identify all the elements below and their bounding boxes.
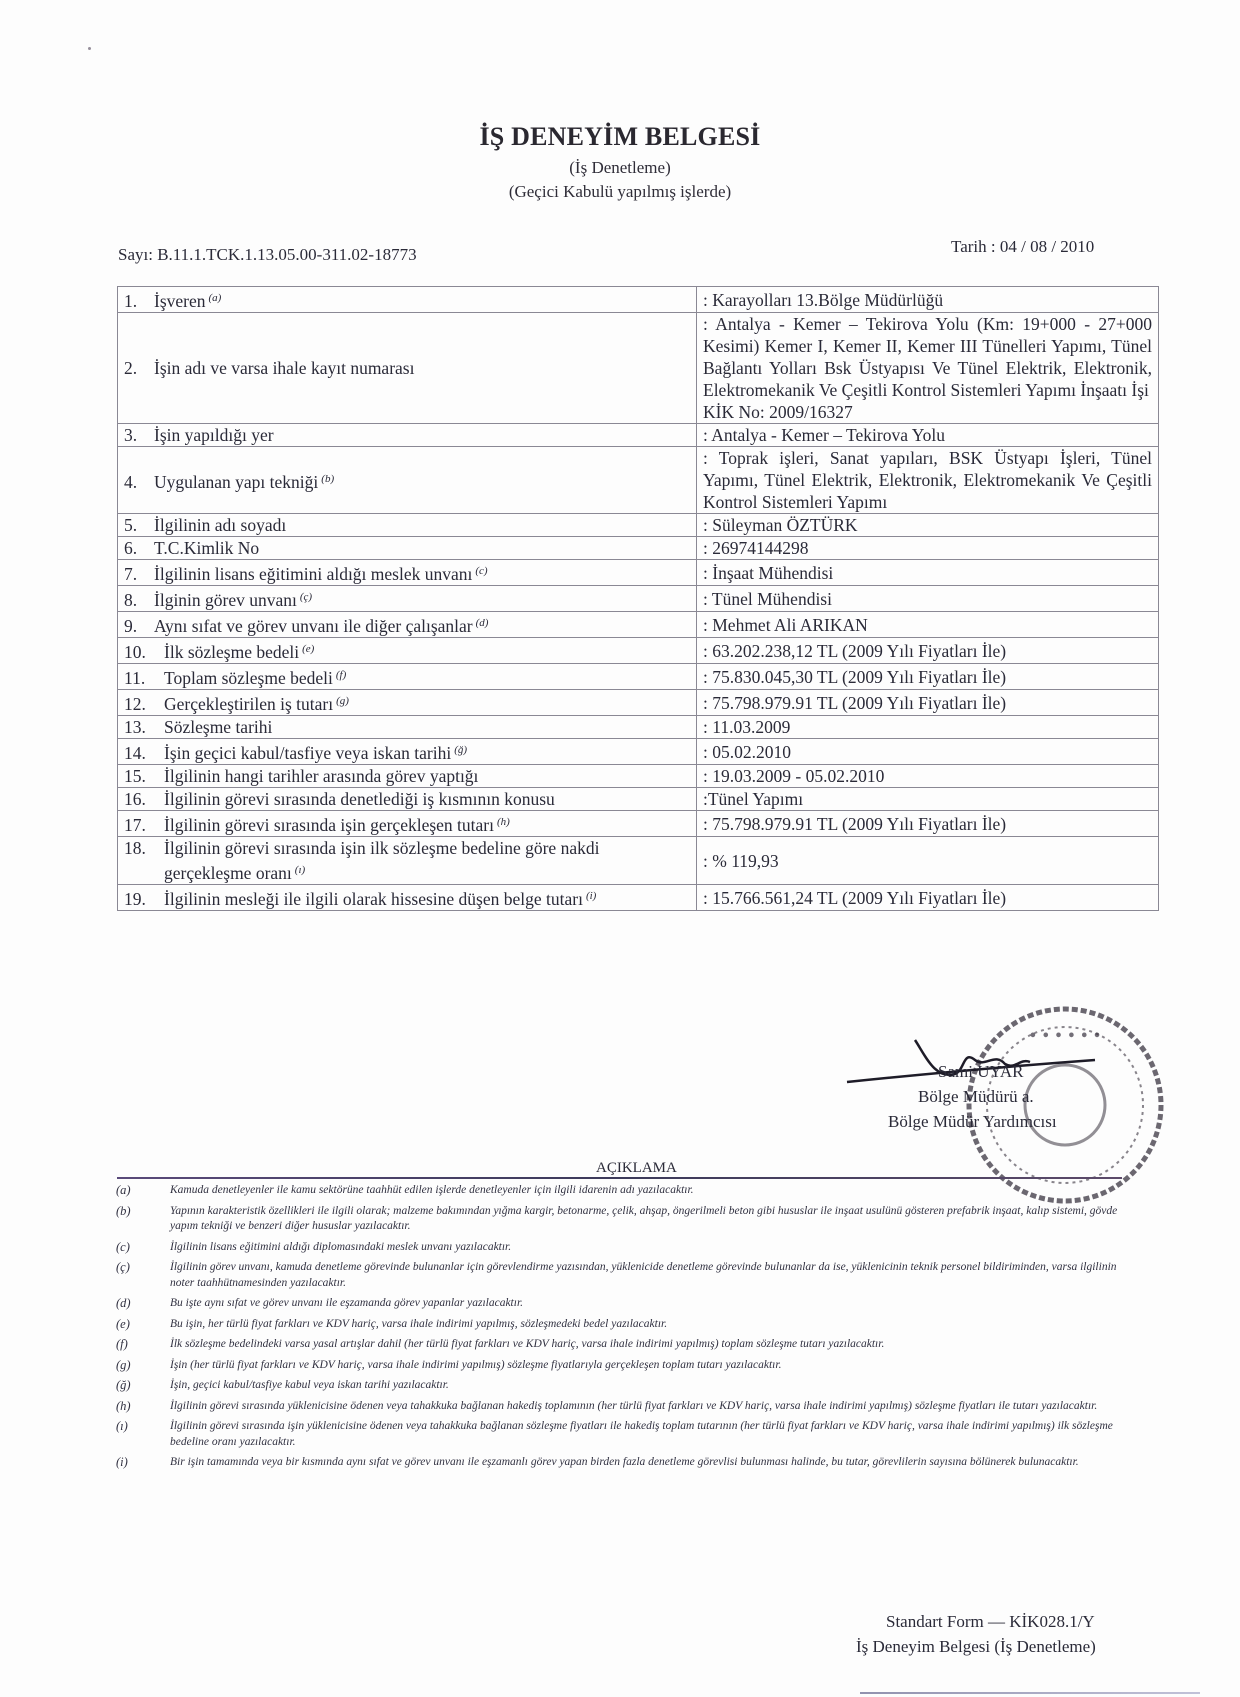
- row-number: 18.: [124, 837, 164, 859]
- row-number: 3.: [124, 424, 154, 446]
- row-number: 8.: [124, 589, 154, 611]
- row-label: Uygulanan yapı tekniği: [154, 472, 318, 492]
- table-row: 15.İlgilinin hangi tarihler arasında gör…: [118, 765, 1159, 788]
- table-row: 18.İlgilinin görevi sırasında işin ilk s…: [118, 837, 1159, 885]
- note-item: (ı)İlgilinin görevi sırasında işin yükle…: [112, 1419, 1132, 1450]
- row-label: İşveren: [154, 291, 206, 311]
- row-label-cell: 9.Aynı sıfat ve görev unvanı ile diğer ç…: [118, 612, 697, 638]
- row-value: : 11.03.2009: [703, 716, 1152, 738]
- row-value: : 05.02.2010: [703, 741, 1152, 763]
- note-item: (f)İlk sözleşme bedelindeki varsa yasal …: [112, 1337, 1132, 1353]
- note-text: İlgilinin görevi sırasında yüklenicisine…: [170, 1399, 1132, 1415]
- row-value-cell: : Antalya - Kemer – Tekirova Yolu: [697, 424, 1159, 447]
- document-subtitle-2: (Geçici Kabulü yapılmış işlerde): [0, 182, 1240, 202]
- note-key: (f): [112, 1337, 170, 1353]
- row-label: İlginin görev unvanı: [154, 590, 297, 610]
- note-key: (ı): [112, 1419, 170, 1450]
- row-label-cell: 7.İlgilinin lisans eğitimini aldığı mesl…: [118, 560, 697, 586]
- row-value: : Süleyman ÖZTÜRK: [703, 514, 1152, 536]
- footnote-marker: (ç): [300, 591, 312, 603]
- table-row: 6.T.C.Kimlik No: 26974144298: [118, 537, 1159, 560]
- document-subtitle: (İş Denetleme): [0, 158, 1240, 178]
- row-value-cell: :Tünel Yapımı: [697, 788, 1159, 811]
- row-value: : Toprak işleri, Sanat yapıları, BSK Üst…: [703, 447, 1152, 513]
- notes-heading: AÇIKLAMA: [596, 1160, 677, 1177]
- note-text: İlgilinin görevi sırasında işin yüklenic…: [170, 1419, 1132, 1450]
- row-value-cell: : 75.798.979.91 TL (2009 Yılı Fiyatları …: [697, 811, 1159, 837]
- row-value: : 26974144298: [703, 537, 1152, 559]
- table-row: 8.İlginin görev unvanı(ç): Tünel Mühendi…: [118, 586, 1159, 612]
- footnote-marker: (i): [586, 890, 596, 902]
- row-label: İlgilinin hangi tarihler arasında görev …: [164, 766, 478, 786]
- row-number: 12.: [124, 693, 164, 715]
- row-number: 17.: [124, 814, 164, 836]
- row-label-cell: 8.İlginin görev unvanı(ç): [118, 586, 697, 612]
- note-key: (a): [112, 1183, 170, 1199]
- row-label-cell: 2.İşin adı ve varsa ihale kayıt numarası: [118, 313, 697, 424]
- row-label: İlgilinin mesleği ile ilgili olarak hiss…: [164, 889, 583, 909]
- row-number: 9.: [124, 615, 154, 637]
- note-text: İşin (her türlü fiyat farkları ve KDV ha…: [170, 1358, 1132, 1374]
- row-label-cell: 6.T.C.Kimlik No: [118, 537, 697, 560]
- row-label-cell: 1.İşveren(a): [118, 287, 697, 313]
- signer-role: Bölge Müdür Yardımcısı: [888, 1112, 1057, 1132]
- footnote-marker: (b): [321, 473, 334, 485]
- row-value: : 75.830.045,30 TL (2009 Yılı Fiyatları …: [703, 666, 1152, 688]
- row-number: 6.: [124, 537, 154, 559]
- note-key: (i): [112, 1455, 170, 1471]
- row-number: 15.: [124, 765, 164, 787]
- signer-title: Bölge Müdürü a.: [918, 1087, 1034, 1107]
- table-row: 12.Gerçekleştirilen iş tutarı(g): 75.798…: [118, 690, 1159, 716]
- row-value: : Tünel Mühendisi: [703, 588, 1152, 610]
- table-row: 5.İlgilinin adı soyadı: Süleyman ÖZTÜRK: [118, 514, 1159, 537]
- row-value-cell: : % 119,93: [697, 837, 1159, 885]
- note-key: (c): [112, 1240, 170, 1256]
- row-label: İlgilinin adı soyadı: [154, 515, 286, 535]
- row-value-cell: : Tünel Mühendisi: [697, 586, 1159, 612]
- note-item: (e)Bu işin, her türlü fiyat farkları ve …: [112, 1317, 1132, 1333]
- row-label-cell: 4.Uygulanan yapı tekniği(b): [118, 447, 697, 514]
- table-row: 17.İlgilinin görevi sırasında işin gerçe…: [118, 811, 1159, 837]
- row-label-cell: 15.İlgilinin hangi tarihler arasında gör…: [118, 765, 697, 788]
- row-value-cell: : Süleyman ÖZTÜRK: [697, 514, 1159, 537]
- form-name: İş Deneyim Belgesi (İş Denetleme): [856, 1637, 1096, 1657]
- row-number: 11.: [124, 667, 164, 689]
- row-label: Toplam sözleşme bedeli: [164, 668, 333, 688]
- row-value: :Tünel Yapımı: [703, 788, 1152, 810]
- row-number: 4.: [124, 471, 154, 493]
- document-page: İŞ DENEYİM BELGESİ (İş Denetleme) (Geçic…: [0, 0, 1240, 1697]
- row-value-cell: : Mehmet Ali ARIKAN: [697, 612, 1159, 638]
- row-label-cell: 5.İlgilinin adı soyadı: [118, 514, 697, 537]
- row-label-cell: 16.İlgilinin görevi sırasında denetlediğ…: [118, 788, 697, 811]
- row-value-cell: : Karayolları 13.Bölge Müdürlüğü: [697, 287, 1159, 313]
- note-item: (i)Bir işin tamamında veya bir kısmında …: [112, 1455, 1132, 1471]
- notes-list: (a)Kamuda denetleyenler ile kamu sektörü…: [112, 1183, 1132, 1476]
- signer-name: Sami UYAR: [938, 1062, 1023, 1082]
- note-text: İlk sözleşme bedelindeki varsa yasal art…: [170, 1337, 1132, 1353]
- row-label-cell: 14.İşin geçici kabul/tasfiye veya iskan …: [118, 739, 697, 765]
- row-number: 16.: [124, 788, 164, 810]
- note-text: İlgilinin lisans eğitimini aldığı diplom…: [170, 1240, 1132, 1256]
- row-value-cell: : 19.03.2009 - 05.02.2010: [697, 765, 1159, 788]
- table-row: 19.İlgilinin mesleği ile ilgili olarak h…: [118, 885, 1159, 911]
- row-label: İlk sözleşme bedeli: [164, 642, 299, 662]
- footnote-marker: (ğ): [454, 744, 467, 756]
- row-value-cell: : 15.766.561,24 TL (2009 Yılı Fiyatları …: [697, 885, 1159, 911]
- row-number: 7.: [124, 563, 154, 585]
- note-key: (d): [112, 1296, 170, 1312]
- notes-divider: [117, 1177, 1122, 1179]
- table-row: 1.İşveren(a): Karayolları 13.Bölge Müdür…: [118, 287, 1159, 313]
- row-label: Aynı sıfat ve görev unvanı ile diğer çal…: [154, 616, 473, 636]
- scan-speck: [88, 47, 91, 50]
- footnote-marker: (g): [336, 695, 349, 707]
- row-label: İlgilinin görevi sırasında denetlediği i…: [164, 789, 555, 809]
- footnote-marker: (ı): [295, 864, 305, 876]
- row-label-cell: 13.Sözleşme tarihi: [118, 716, 697, 739]
- row-label-cell: 3.İşin yapıldığı yer: [118, 424, 697, 447]
- note-item: (c)İlgilinin lisans eğitimini aldığı dip…: [112, 1240, 1132, 1256]
- note-item: (d)Bu işte aynı sıfat ve görev unvanı il…: [112, 1296, 1132, 1312]
- row-label: İlgilinin lisans eğitimini aldığı meslek…: [154, 564, 472, 584]
- table-row: 11.Toplam sözleşme bedeli(f): 75.830.045…: [118, 664, 1159, 690]
- table-row: 7.İlgilinin lisans eğitimini aldığı mesl…: [118, 560, 1159, 586]
- row-number: 10.: [124, 641, 164, 663]
- row-value: : % 119,93: [703, 850, 1152, 872]
- row-value-cell: : 11.03.2009: [697, 716, 1159, 739]
- note-item: (h)İlgilinin görevi sırasında yüklenicis…: [112, 1399, 1132, 1415]
- table-row: 2.İşin adı ve varsa ihale kayıt numarası…: [118, 313, 1159, 424]
- row-value: : Karayolları 13.Bölge Müdürlüğü: [703, 289, 1152, 311]
- row-value-cell: : 63.202.238,12 TL (2009 Yılı Fiyatları …: [697, 638, 1159, 664]
- note-text: Bu işte aynı sıfat ve görev unvanı ile e…: [170, 1296, 1132, 1312]
- note-text: İşin, geçici kabul/tasfiye kabul veya is…: [170, 1378, 1132, 1394]
- row-value-cell: : 26974144298: [697, 537, 1159, 560]
- note-key: (h): [112, 1399, 170, 1415]
- row-value-cell: : 75.830.045,30 TL (2009 Yılı Fiyatları …: [697, 664, 1159, 690]
- row-value: : Antalya - Kemer – Tekirova Yolu: [703, 424, 1152, 446]
- row-label: Gerçekleştirilen iş tutarı: [164, 694, 333, 714]
- note-text: Kamuda denetleyenler ile kamu sektörüne …: [170, 1183, 1132, 1199]
- row-number: 2.: [124, 357, 154, 379]
- row-label-cell: 17.İlgilinin görevi sırasında işin gerçe…: [118, 811, 697, 837]
- row-value-cell: : Antalya - Kemer – Tekirova Yolu (Km: 1…: [697, 313, 1159, 424]
- reference-number: Sayı: B.11.1.TCK.1.13.05.00-311.02-18773: [118, 245, 417, 265]
- table-row: 14.İşin geçici kabul/tasfiye veya iskan …: [118, 739, 1159, 765]
- row-value-cell: : 75.798.979.91 TL (2009 Yılı Fiyatları …: [697, 690, 1159, 716]
- row-value-extra: KİK No: 2009/16327: [703, 401, 1152, 423]
- row-value: : 75.798.979.91 TL (2009 Yılı Fiyatları …: [703, 692, 1152, 714]
- document-title: İŞ DENEYİM BELGESİ: [0, 122, 1240, 152]
- note-text: Bu işin, her türlü fiyat farkları ve KDV…: [170, 1317, 1132, 1333]
- note-text: İlgilinin görev unvanı, kamuda denetleme…: [170, 1260, 1132, 1291]
- note-item: (b)Yapının karakteristik özellikleri ile…: [112, 1204, 1132, 1235]
- row-value-cell: : 05.02.2010: [697, 739, 1159, 765]
- row-value: : 19.03.2009 - 05.02.2010: [703, 765, 1152, 787]
- document-date: Tarih : 04 / 08 / 2010: [951, 237, 1094, 257]
- row-label: T.C.Kimlik No: [154, 538, 259, 558]
- note-key: (ç): [112, 1260, 170, 1291]
- experience-table: 1.İşveren(a): Karayolları 13.Bölge Müdür…: [117, 286, 1159, 911]
- row-value-cell: : Toprak işleri, Sanat yapıları, BSK Üst…: [697, 447, 1159, 514]
- row-label-line2: gerçekleşme oranı(ı): [124, 859, 692, 884]
- row-label-cell: 12.Gerçekleştirilen iş tutarı(g): [118, 690, 697, 716]
- row-label: İşin adı ve varsa ihale kayıt numarası: [154, 358, 414, 378]
- footnote-marker: (e): [302, 643, 314, 655]
- row-value: : İnşaat Mühendisi: [703, 562, 1152, 584]
- footnote-marker: (d): [476, 617, 489, 629]
- row-value: : Antalya - Kemer – Tekirova Yolu (Km: 1…: [703, 313, 1152, 401]
- row-label: İlgilinin görevi sırasında işin gerçekle…: [164, 815, 494, 835]
- table-row: 10.İlk sözleşme bedeli(e): 63.202.238,12…: [118, 638, 1159, 664]
- footnote-marker: (c): [475, 565, 487, 577]
- note-text: Yapının karakteristik özellikleri ile il…: [170, 1204, 1132, 1235]
- row-number: 5.: [124, 514, 154, 536]
- table-row: 4.Uygulanan yapı tekniği(b): Toprak işle…: [118, 447, 1159, 514]
- table-row: 3.İşin yapıldığı yer: Antalya - Kemer – …: [118, 424, 1159, 447]
- row-number: 19.: [124, 888, 164, 910]
- row-label: İşin geçici kabul/tasfiye veya iskan tar…: [164, 743, 451, 763]
- note-key: (b): [112, 1204, 170, 1235]
- row-label: İşin yapıldığı yer: [154, 425, 274, 445]
- footnote-marker: (f): [336, 669, 346, 681]
- row-label: İlgilinin görevi sırasında işin ilk sözl…: [164, 838, 599, 858]
- note-key: (ğ): [112, 1378, 170, 1394]
- row-label: Sözleşme tarihi: [164, 717, 272, 737]
- note-item: (g)İşin (her türlü fiyat farkları ve KDV…: [112, 1358, 1132, 1374]
- footer-divider: [860, 1692, 1200, 1694]
- note-key: (g): [112, 1358, 170, 1374]
- note-item: (a)Kamuda denetleyenler ile kamu sektörü…: [112, 1183, 1132, 1199]
- row-value-cell: : İnşaat Mühendisi: [697, 560, 1159, 586]
- row-value: : Mehmet Ali ARIKAN: [703, 614, 1152, 636]
- table-row: 9.Aynı sıfat ve görev unvanı ile diğer ç…: [118, 612, 1159, 638]
- row-label-cell: 19.İlgilinin mesleği ile ilgili olarak h…: [118, 885, 697, 911]
- form-code: Standart Form — KİK028.1/Y: [886, 1612, 1095, 1632]
- row-value: : 63.202.238,12 TL (2009 Yılı Fiyatları …: [703, 640, 1152, 662]
- row-number: 1.: [124, 290, 154, 312]
- row-label-cell: 11.Toplam sözleşme bedeli(f): [118, 664, 697, 690]
- row-number: 13.: [124, 716, 164, 738]
- row-label-cell: 18.İlgilinin görevi sırasında işin ilk s…: [118, 837, 697, 885]
- note-key: (e): [112, 1317, 170, 1333]
- note-text: Bir işin tamamında veya bir kısmında ayn…: [170, 1455, 1132, 1471]
- table-row: 13.Sözleşme tarihi: 11.03.2009: [118, 716, 1159, 739]
- row-number: 14.: [124, 742, 164, 764]
- row-label-cell: 10.İlk sözleşme bedeli(e): [118, 638, 697, 664]
- footnote-marker: (h): [497, 816, 510, 828]
- row-label-continuation: gerçekleşme oranı: [164, 863, 292, 883]
- footnote-marker: (a): [209, 292, 222, 304]
- table-row: 16.İlgilinin görevi sırasında denetlediğ…: [118, 788, 1159, 811]
- note-item: (ğ)İşin, geçici kabul/tasfiye kabul veya…: [112, 1378, 1132, 1394]
- note-item: (ç)İlgilinin görev unvanı, kamuda denetl…: [112, 1260, 1132, 1291]
- row-value: : 75.798.979.91 TL (2009 Yılı Fiyatları …: [703, 813, 1152, 835]
- row-value: : 15.766.561,24 TL (2009 Yılı Fiyatları …: [703, 887, 1152, 909]
